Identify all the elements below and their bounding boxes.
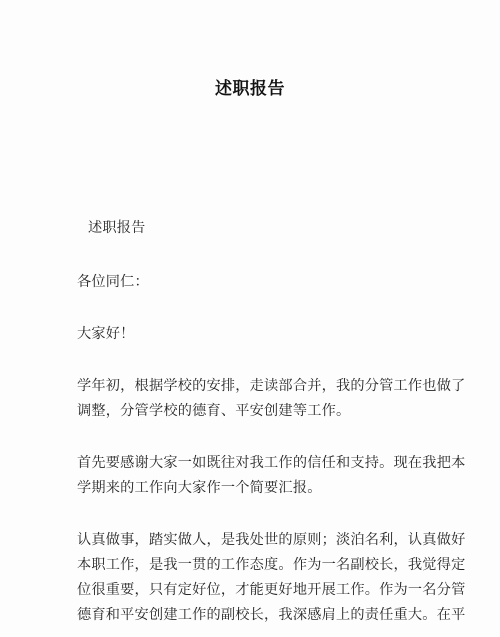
- paragraph-line: 学期来的工作向大家作一个简要汇报。: [77, 476, 437, 501]
- greeting: 大家好！: [77, 322, 437, 347]
- paragraph-line: 位很重要，只有定好位，才能更好地开展工作。作为一名分管: [77, 578, 437, 603]
- paragraph-3: 认真做事，踏实做人，是我处世的原则；淡泊名利，认真做好 本职工作，是我一贯的工作…: [77, 528, 437, 628]
- paragraph-2: 首先要感谢大家一如既往对我工作的信任和支持。现在我把本 学期来的工作向大家作一个…: [77, 451, 437, 501]
- paragraph-line: 调整，分管学校的德育、平安创建等工作。: [77, 399, 437, 424]
- document-title: 述职报告: [0, 74, 500, 99]
- paragraph-line: 首先要感谢大家一如既往对我工作的信任和支持。现在我把本: [77, 451, 437, 476]
- paragraph-line: 认真做事，踏实做人，是我处世的原则；淡泊名利，认真做好: [77, 528, 437, 553]
- paragraph-line: 学年初，根据学校的安排，走读部合并，我的分管工作也做了: [77, 374, 437, 399]
- document-subtitle: 述职报告: [88, 216, 448, 241]
- paragraph-line: 德育和平安创建工作的副校长，我深感肩上的责任重大。在平: [77, 603, 437, 628]
- document-page: 述职报告 述职报告 各位同仁： 大家好！ 学年初，根据学校的安排，走读部合并，我…: [0, 0, 500, 637]
- paragraph-line: 本职工作，是我一贯的工作态度。作为一名副校长，我觉得定: [77, 553, 437, 578]
- salutation: 各位同仁：: [77, 270, 437, 295]
- paragraph-1: 学年初，根据学校的安排，走读部合并，我的分管工作也做了 调整，分管学校的德育、平…: [77, 374, 437, 424]
